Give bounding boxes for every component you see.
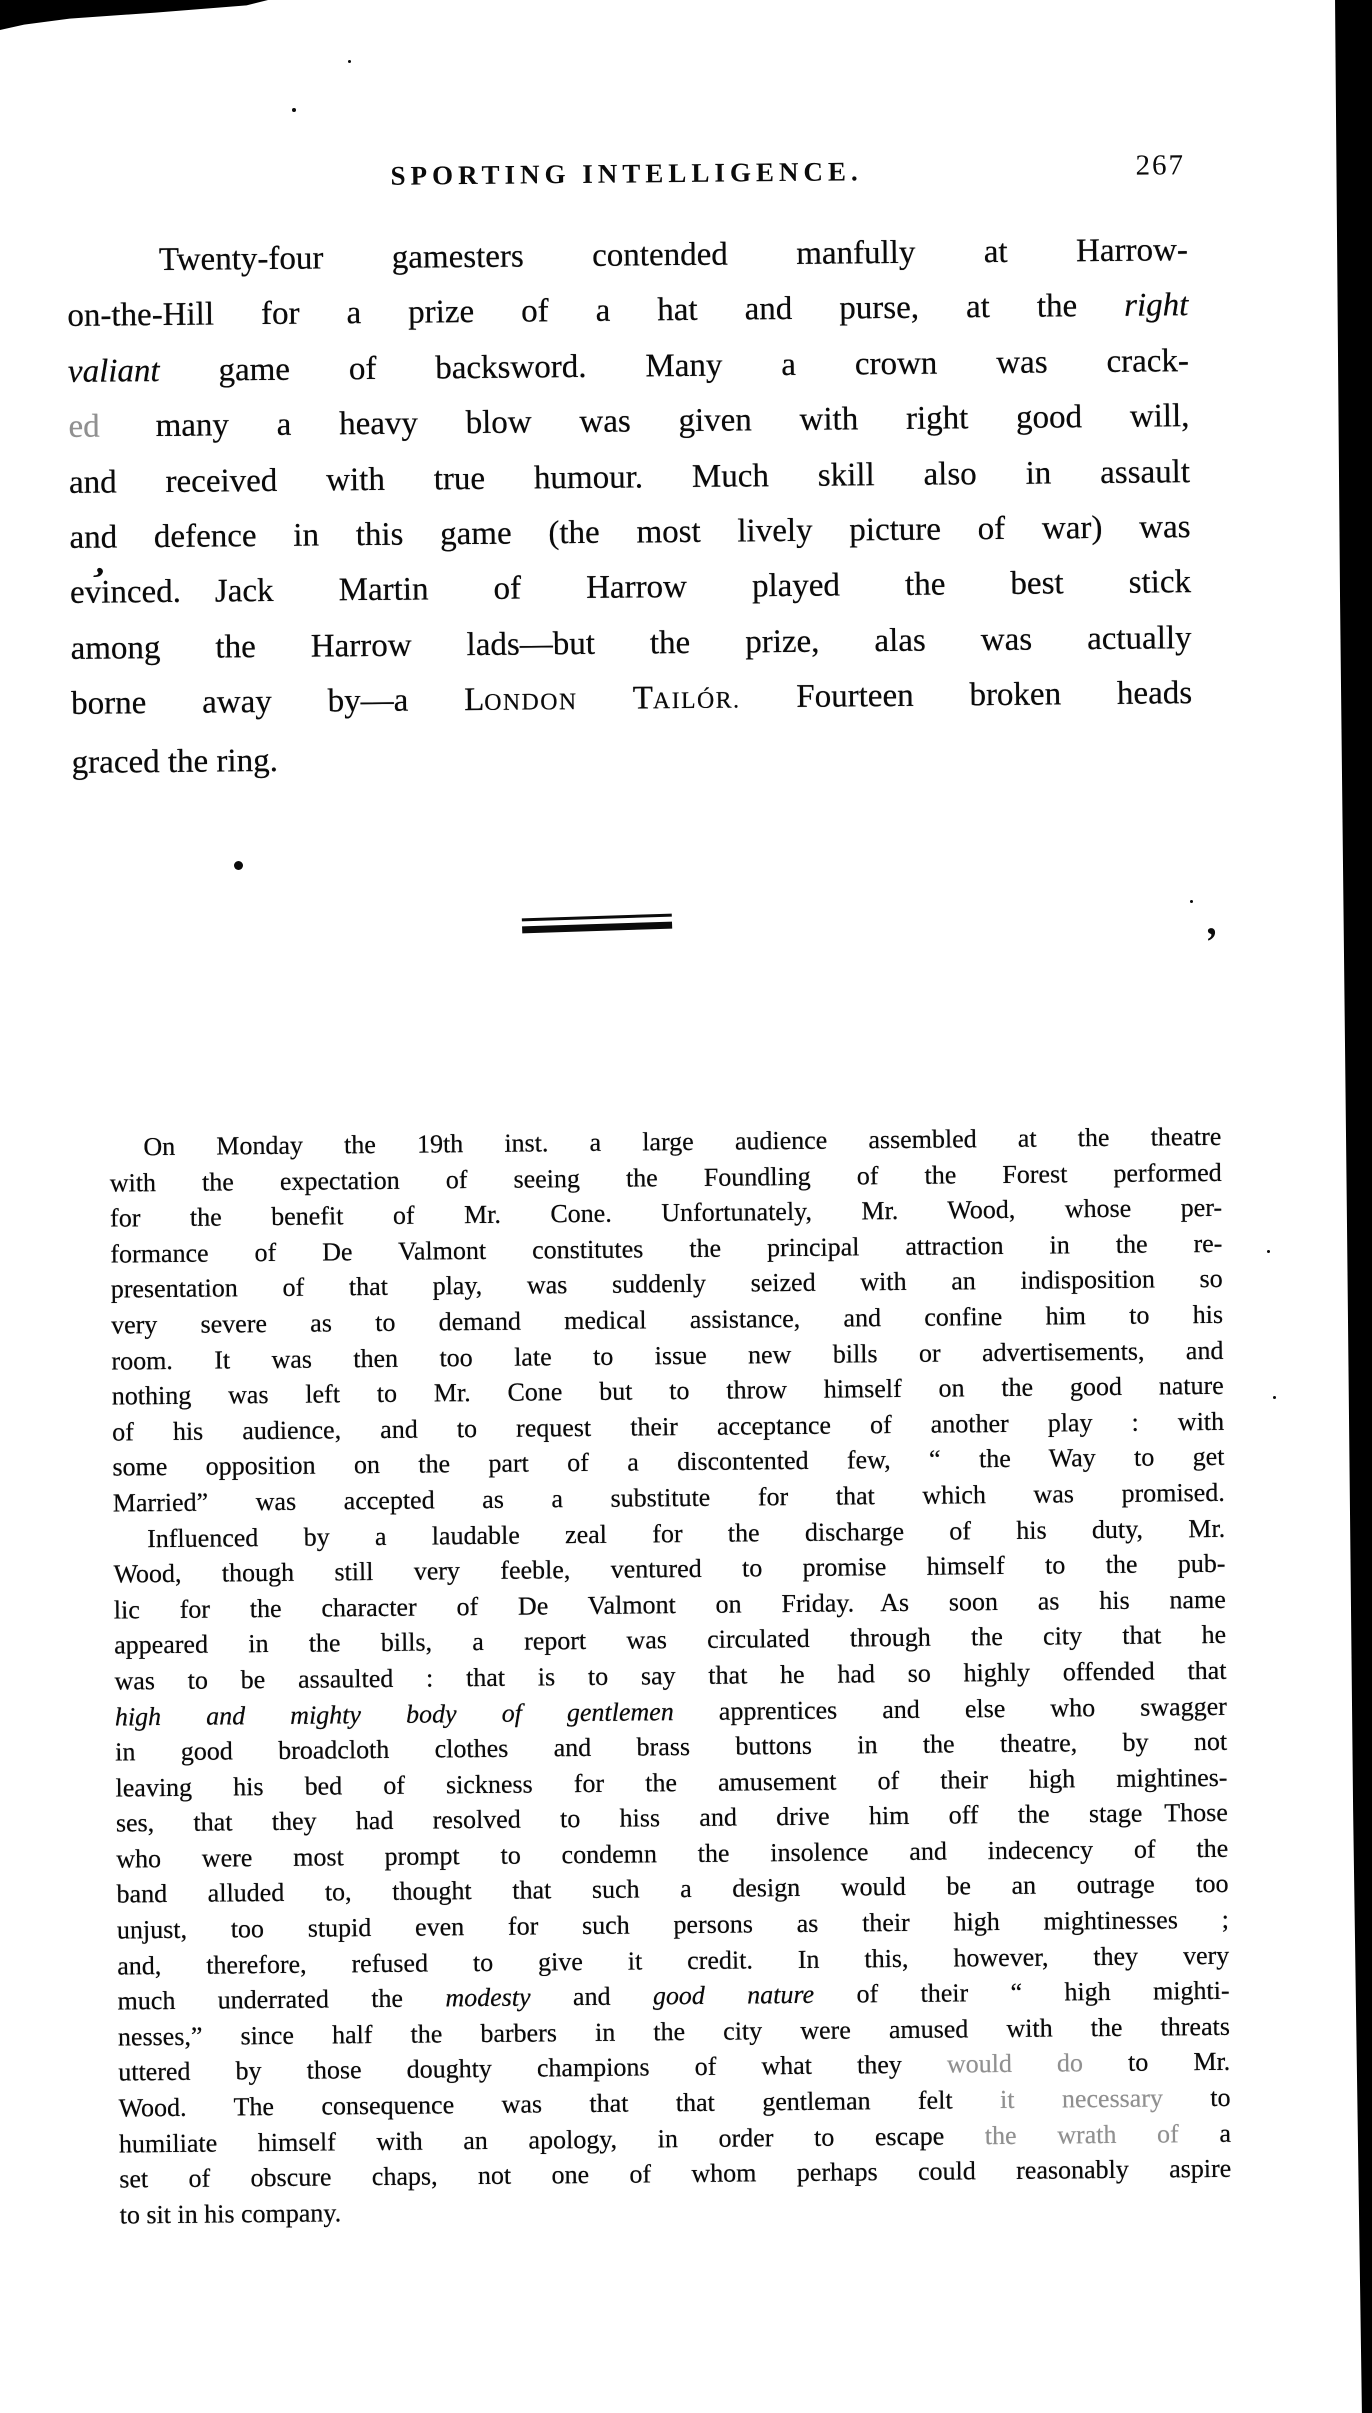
printed-content: SPORTING INTELLIGENCE. 267 Twenty-four g… [0, 0, 1372, 2413]
text-line: borne away by—a LONDON TAILÓR. Fourteen … [71, 666, 1193, 735]
article-theatre-report: On Monday the 19th inst. a large audienc… [109, 1119, 1232, 2233]
page-title: SPORTING INTELLIGENCE. [66, 153, 1187, 195]
article-sporting-report: Twenty-four gamesters contended manfully… [67, 223, 1193, 791]
page-number: 267 [1135, 149, 1185, 182]
running-head: SPORTING INTELLIGENCE. 267 [66, 153, 1187, 204]
text-line: edmany a heavy blow was given with right… [68, 389, 1189, 455]
scanned-book-page: , , SPORTING INTELLIGENCE. 267 Twenty-fo… [0, 0, 1372, 2413]
text-line: graced the ring. [71, 725, 1192, 791]
